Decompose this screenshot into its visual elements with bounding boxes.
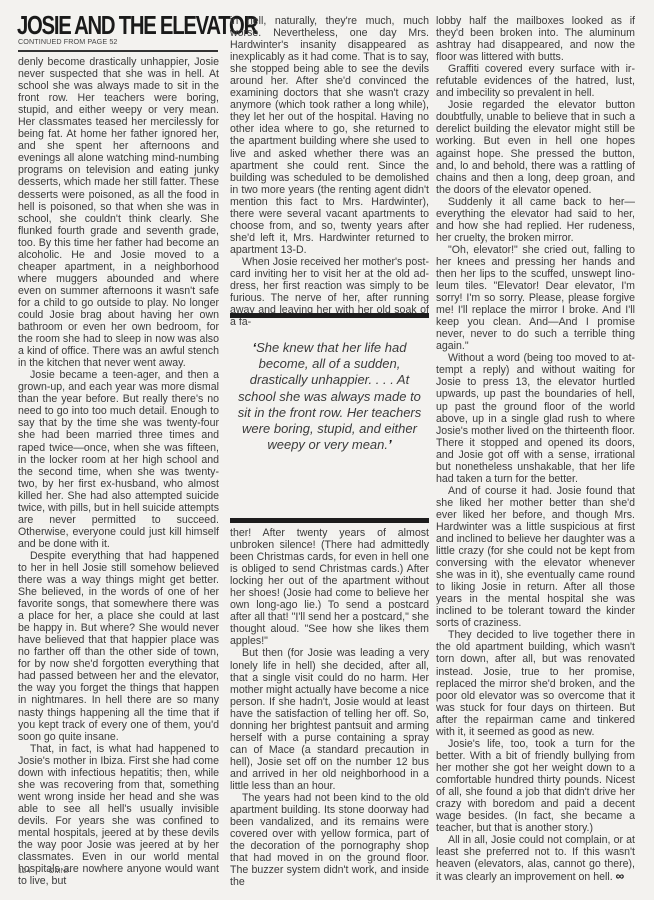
column-1: denly become drastically unhappier, Josi…	[18, 56, 219, 887]
paragraph: Josie became a teen-ager, and then a gro…	[18, 369, 219, 550]
paragraph: Despite everything that had happened to …	[18, 550, 219, 743]
close-quote-mark: ’	[388, 437, 392, 452]
title-rule	[18, 50, 218, 52]
paragraph: Josie's life, too, took a turn for the b…	[436, 738, 635, 834]
continued-from-label: CONTINUED FROM PAGE 52	[18, 37, 118, 46]
paragraph: denly become drastically unhappier, Josi…	[18, 56, 219, 369]
article-title: JOSIE AND THE ELEVATOR	[17, 12, 176, 38]
paragraph-text: All in all, Josie could not complain, or…	[436, 834, 635, 883]
paragraph: ther! After twenty years of almost unbro…	[230, 527, 429, 647]
pull-quote: ‘She knew that her life had become, all …	[230, 340, 429, 453]
paragraph: Graffiti covered every surface with ir­r…	[436, 63, 635, 99]
magazine-name: OMNI	[49, 866, 69, 875]
paragraph: Suddenly it all came back to her—everyth…	[436, 196, 635, 244]
pull-quote-bottom-rule	[230, 518, 429, 523]
page-number: 124	[18, 866, 31, 875]
pull-quote-top-rule	[230, 313, 429, 318]
column-2-top: in hell, naturally, they're much, much w…	[230, 15, 429, 328]
paragraph: But then (for Josie was leading a very l…	[230, 647, 429, 792]
paragraph: lobby half the mailboxes looked as if th…	[436, 15, 635, 63]
paragraph: The years had not been kind to the old a…	[230, 792, 429, 888]
pull-quote-text: She knew that her life had become, all o…	[238, 340, 422, 452]
end-mark-icon: ∞	[616, 869, 623, 883]
paragraph: in hell, naturally, they're much, much w…	[230, 15, 429, 256]
paragraph: All in all, Josie could not complain, or…	[436, 834, 635, 883]
column-2-bottom: ther! After twenty years of almost unbro…	[230, 527, 429, 888]
paragraph: Without a word (being too moved to at­te…	[436, 352, 635, 485]
page-footer: 124OMNI	[18, 866, 86, 875]
paragraph: Josie regarded the elevator button doubt…	[436, 99, 635, 195]
paragraph: They decided to live together there in t…	[436, 629, 635, 737]
paragraph: And of course it had. Josie found that s…	[436, 485, 635, 630]
column-3: lobby half the mailboxes looked as if th…	[436, 15, 635, 883]
paragraph: "Oh, elevator!" she cried out, falling t…	[436, 244, 635, 352]
